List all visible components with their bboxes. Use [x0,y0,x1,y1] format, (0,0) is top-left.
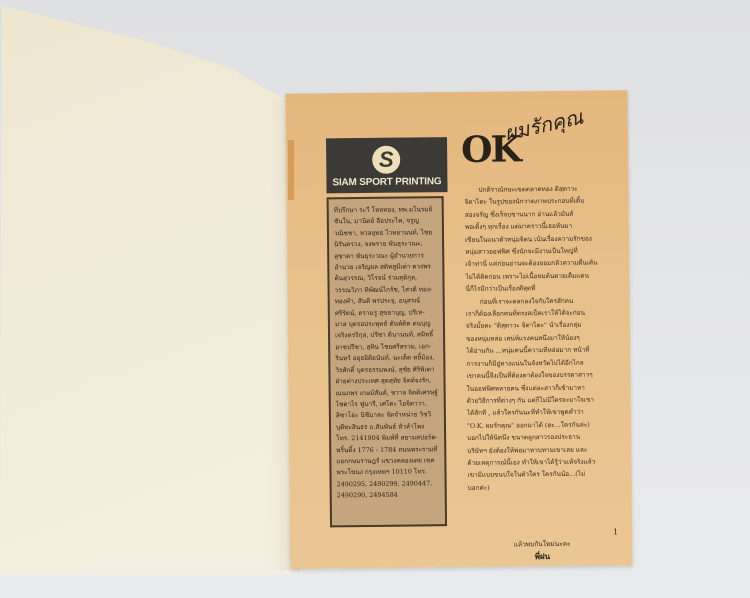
article-line: เขียนในแนวตัวหนุ่มจิตน เน้นเรื่องความรัก… [465,232,613,246]
staff-line: 2490295, 2490299, 2490447, [337,478,440,490]
staff-credits-box: ที่ปรึกษา ระวี โหลทอง, ทพ.มโนรมย์ชันใน, … [327,196,447,527]
author-signature: พี่ฝน [468,552,616,562]
article-signoff: แล้วพบกันใหม่นะคะ [468,537,616,550]
staff-line: เจริงตรริกุล, ปรีชา ดินานนท์, สมิทธิ์ [335,330,438,342]
staff-line: อำนวย เจริญผล สติทสูมีเต่า ดวงพร [334,261,437,273]
staff-line: ลิซาโอะ นิชิมาละ จัดจำหน่าย วิชวี [336,410,439,422]
page-number: 1 [613,527,618,536]
article-line: เจ้าท่านี่ แต่ก่อนอ่านจะต้องยอมกลัวความต… [465,257,613,271]
article-line: ด้วยวิธีการที่ต่างๆ กัน แต่ก็ไม่มีใครจะม… [467,393,615,407]
siam-sport-printing-logo: S SIAM SPORT PRINTING [326,137,448,193]
article-line: เขาคนนี้จึงเป็นที่ต้องตาต้องใจของบรรดาสา… [466,368,614,382]
staff-line: พริ้นติ้ง 1776 - 1784 ถนนพระรามที่ [336,444,439,456]
staff-line: พระโขนง กรุงเทพฯ 10110 โทร. [336,467,439,479]
staff-line: ฝ่ายต่างประเทศ สุดสุทัย จิตต์จงรัก, [335,375,438,387]
logo-name: SIAM SPORT PRINTING [326,177,447,188]
staff-line: ณนภพร เกษม์สันต์, ชวาล จิตติเศรษฐ์ [336,387,439,399]
s-logo-icon: S [372,146,400,174]
article-line: บอกค่ะ) [468,480,616,494]
staff-line: นิรันดรวง, จงพราย พันธุระวณะ, [334,238,437,250]
magazine-page: S SIAM SPORT PRINTING ที่ปรึกษา ระวี โหล… [286,90,633,569]
article-title-thai: ผมรักคุณ [503,107,585,144]
staff-line: โทร. 2141904 พิมพ์ที่ สยามสปอร์ต- [336,432,439,444]
article-line: ด้วยเหตุการณ์นี้เอง ทำให้เขาได้รู้ว่าแท้… [467,455,615,469]
staff-line: ที่ปรึกษา ระวี โหลทอง, ทพ.มโนรมย์ [334,204,437,216]
inner-cover-page [0,0,300,575]
page-edge-stain [288,140,294,200]
staff-line: รินทร์ อยุธยิติยนันท์, นะเด็ด หยิ้ม้อง, [335,352,438,364]
staff-line: วรรณวิภา ทิพัฒน์ไกรัช, ไสวดี ทอง- [335,284,438,296]
staff-line: 2490290, 2494584 [337,489,440,501]
article-body: ปกติราณักษะเขตตลาดทอง ดิสุดาวะจิตาไตะ ใน… [464,182,615,494]
